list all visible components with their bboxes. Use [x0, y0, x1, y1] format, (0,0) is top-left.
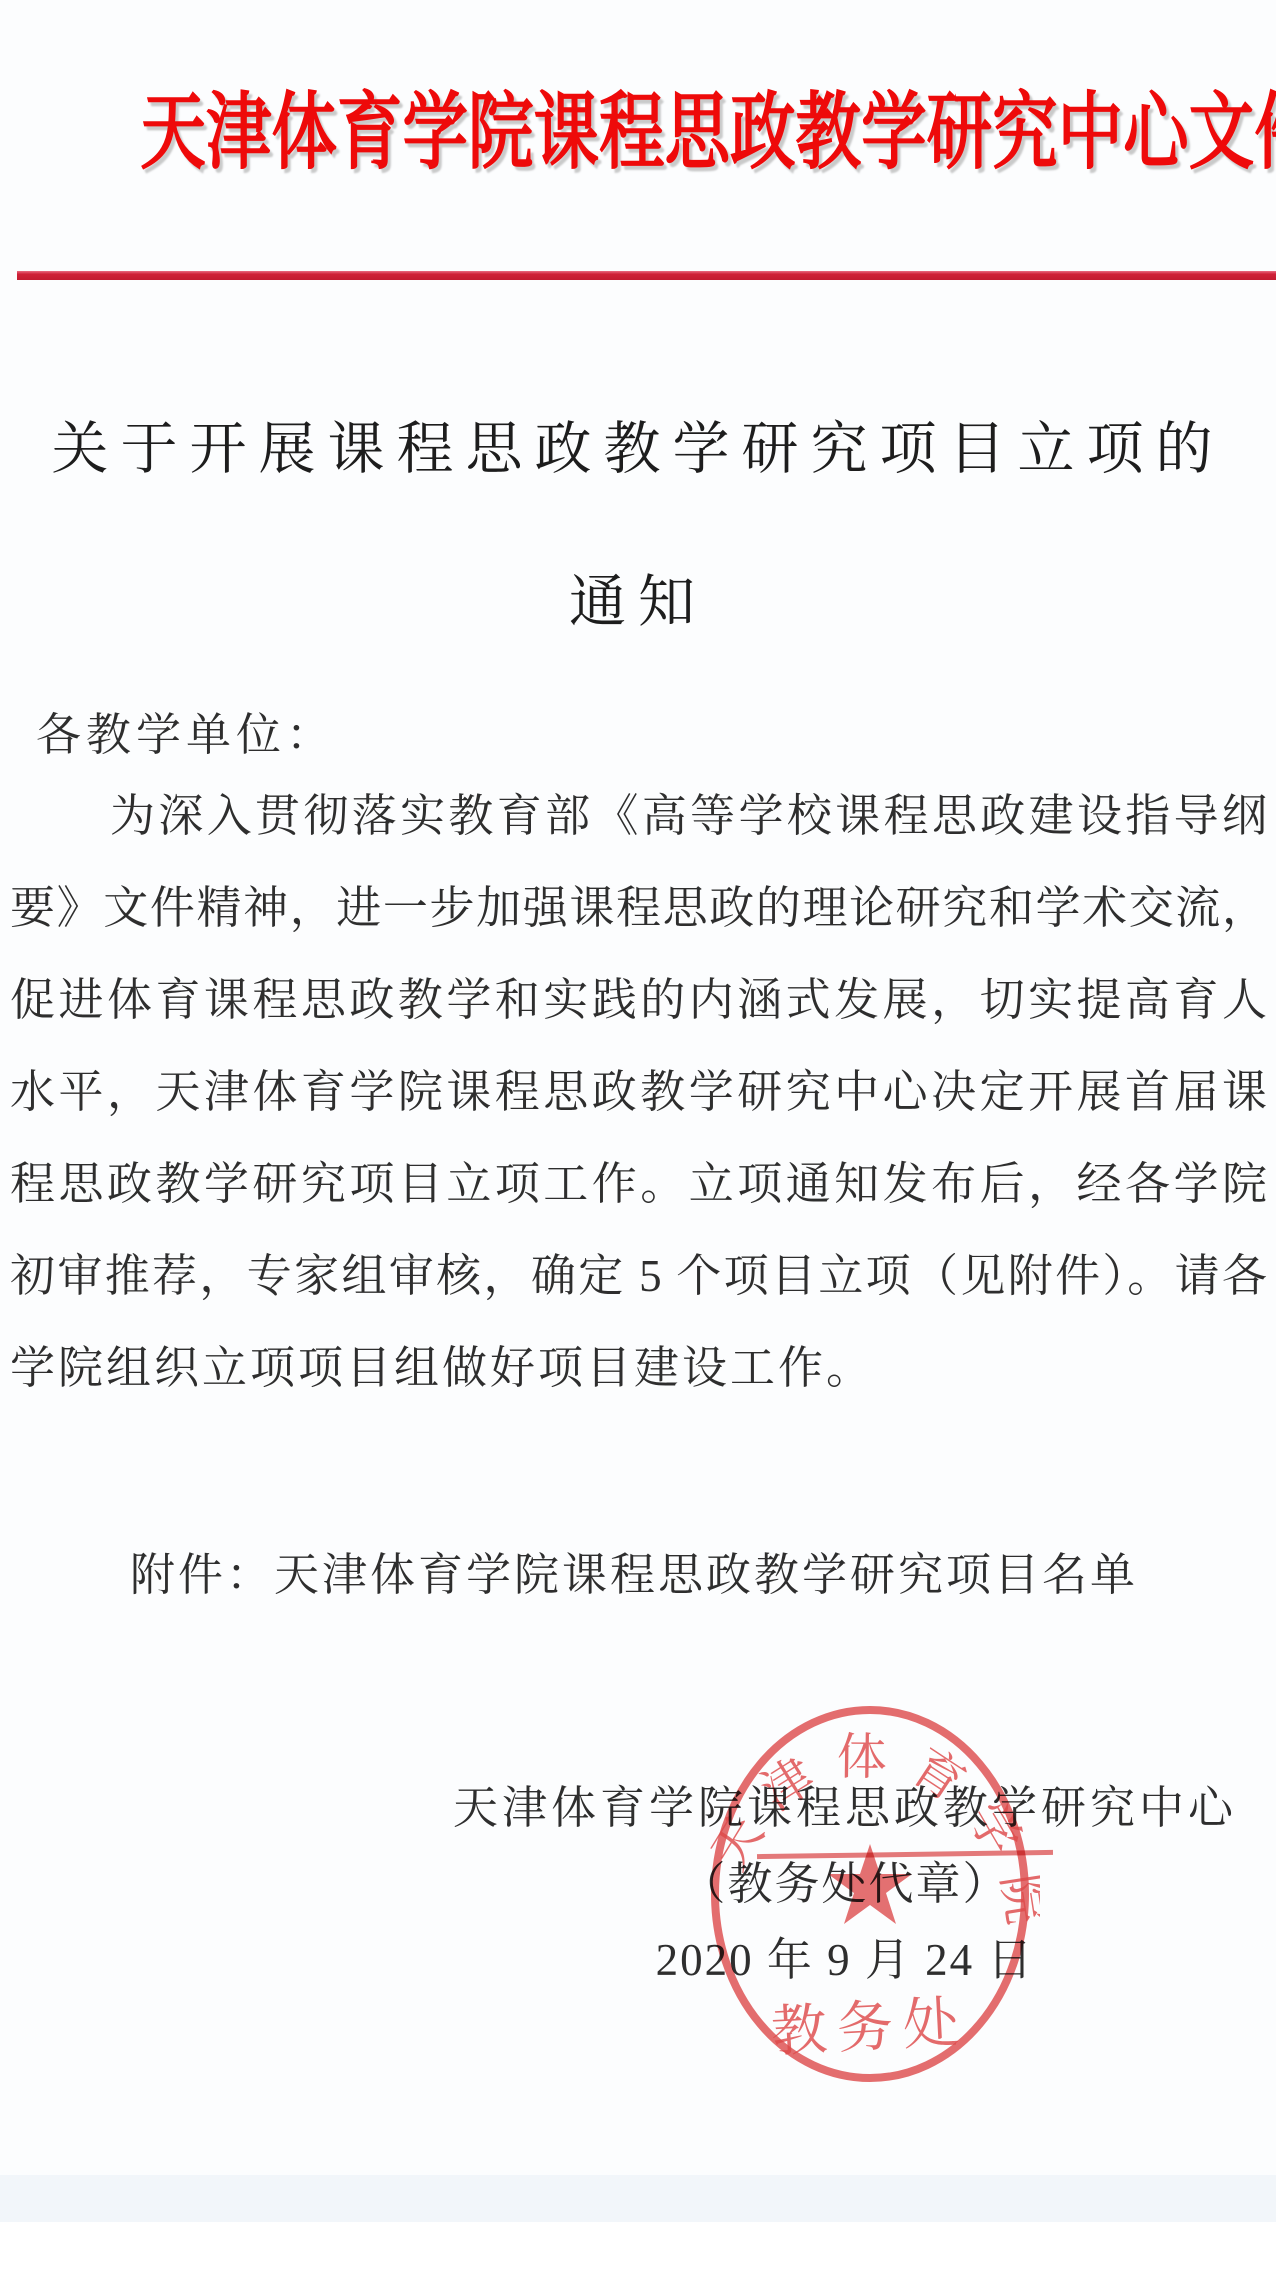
seal-bottom-text: 教务处 [770, 1992, 971, 2064]
body-line: 学院组织立项项目组做好项目建设工作。 [10, 1322, 1268, 1414]
attachment-line: 附件：天津体育学院课程思政教学研究项目名单 [130, 1538, 1138, 1603]
document-page: 天津体育学院课程思政教学研究中心文件 关于开展课程思政教学研究项目立项的 通知 … [0, 0, 1276, 2282]
body-line: 水平，天津体育学院课程思政教学研究中心决定开展首届课 [10, 1046, 1268, 1138]
body-line: 要》文件精神，进一步加强课程思政的理论研究和学术交流， [10, 862, 1268, 954]
salutation: 各教学单位： [36, 698, 336, 763]
signature-block: 天津体育学院课程思政教学研究中心 （教务处代章） 2020 年 9 月 24 日 [420, 1770, 1270, 1998]
document-title-line1: 关于开展课程思政教学研究项目立项的 [0, 403, 1276, 485]
signature-organization: 天津体育学院课程思政教学研究中心 [420, 1770, 1270, 1846]
signature-date: 2020 年 9 月 24 日 [420, 1922, 1270, 1998]
body-line: 为深入贯彻落实教育部《高等学校课程思政建设指导纲 [10, 770, 1268, 862]
letterhead-divider [17, 271, 1276, 280]
body-line: 促进体育课程思政教学和实践的内涵式发展，切实提高育人 [10, 954, 1268, 1046]
body-line: 程思政教学研究项目立项工作。立项通知发布后，经各学院 [10, 1138, 1268, 1230]
scan-artifact-band [0, 2175, 1276, 2222]
letterhead-banner: 天津体育学院课程思政教学研究中心文件 [140, 86, 1135, 183]
body-paragraph: 为深入贯彻落实教育部《高等学校课程思政建设指导纲 要》文件精神，进一步加强课程思… [10, 770, 1268, 1414]
body-line: 初审推荐，专家组审核，确定 5 个项目立项（见附件）。请各 [10, 1230, 1268, 1322]
scan-artifact-white-strip [0, 2222, 1276, 2282]
document-title-line2: 通知 [0, 556, 1276, 638]
